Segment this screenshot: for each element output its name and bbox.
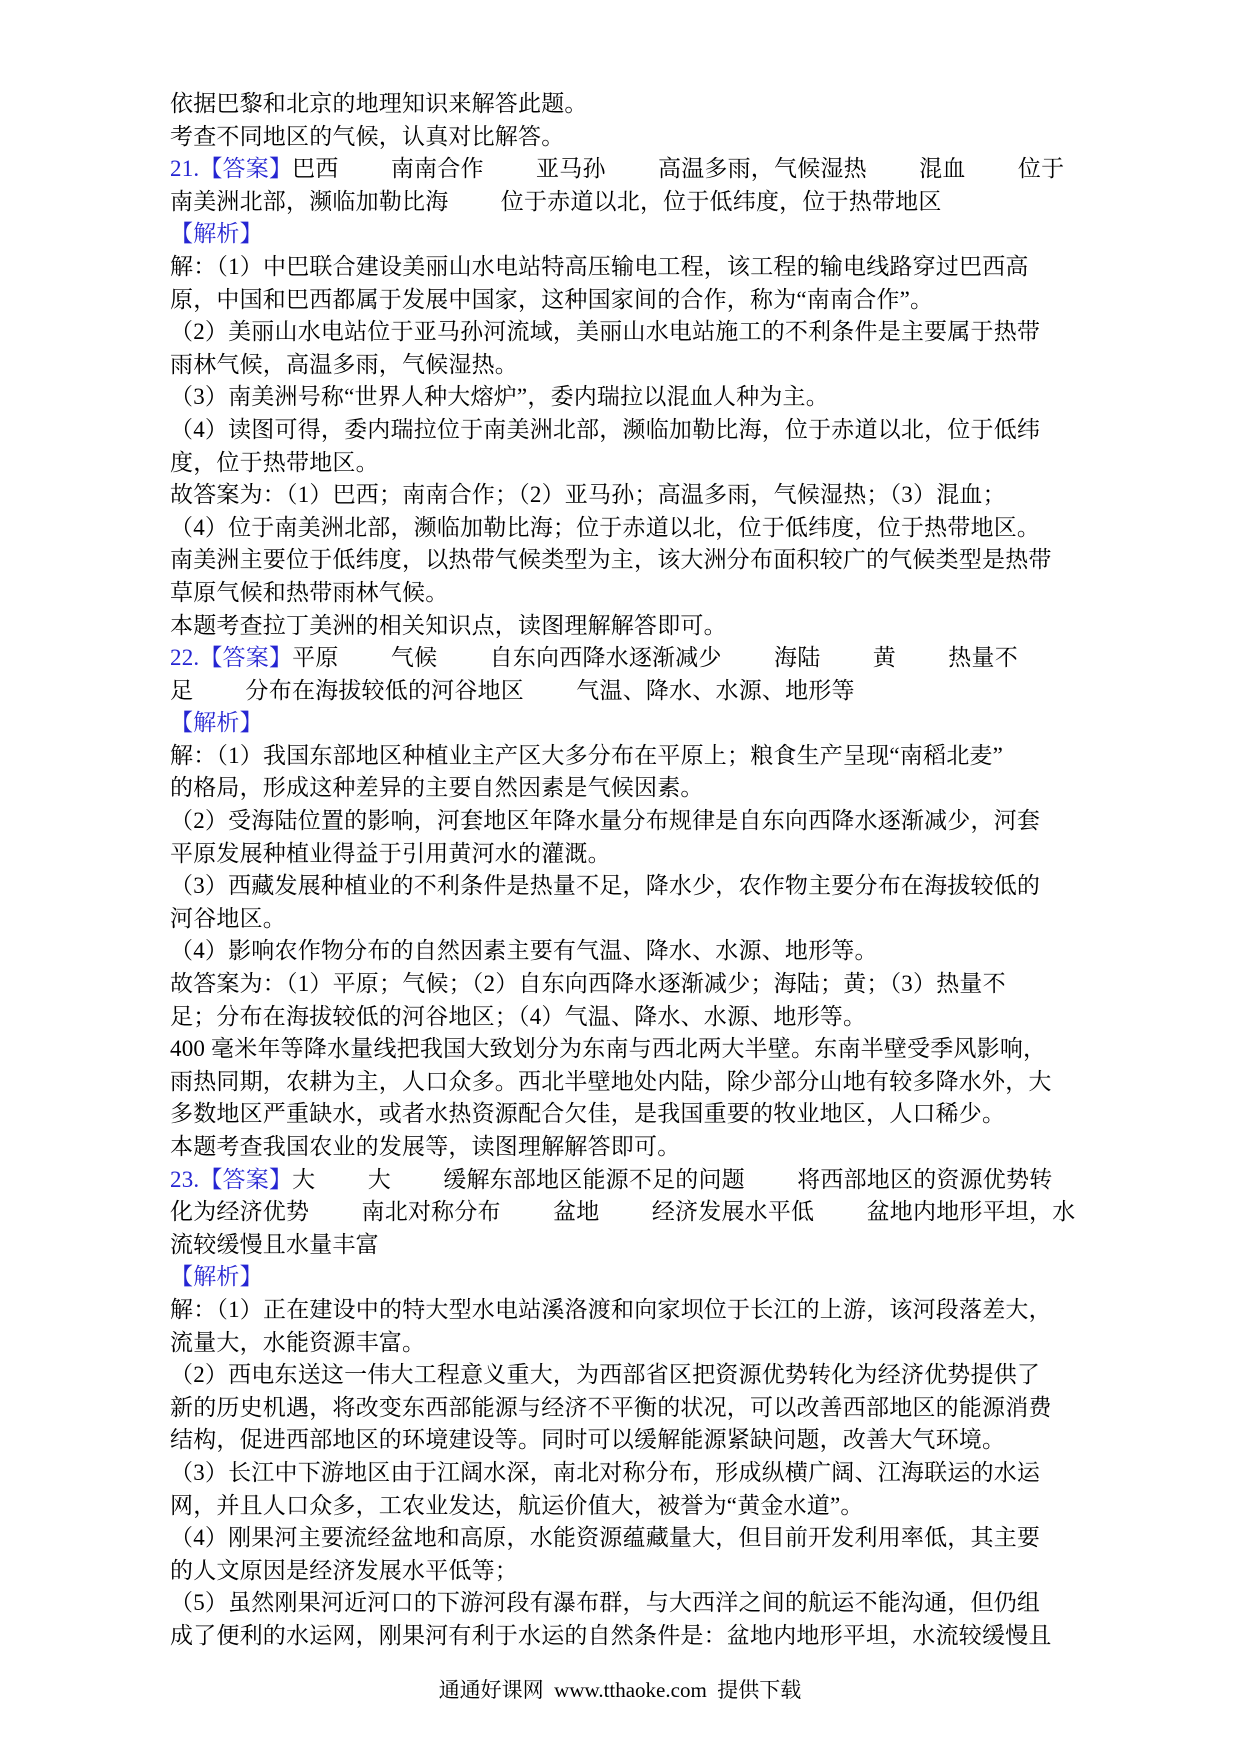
text-run: 故答案为：（1）平原；气候；（2）自东向西降水逐渐减少；海陆；黄；（3）热量不	[170, 971, 1006, 996]
text-line: 的格局，形成这种差异的主要自然因素是气候因素。	[170, 772, 1090, 805]
text-line: 多数地区严重缺水，或者水热资源配合欠佳，是我国重要的牧业地区，人口稀少。	[170, 1098, 1090, 1131]
text-run: 平原 气候 自东向西降水逐渐减少 海陆 黄 热量不	[292, 645, 1018, 670]
text-line: 解：（1）正在建设中的特大型水电站溪洛渡和向家坝位于长江的上游，该河段落差大，	[170, 1294, 1090, 1327]
text-run: 足 分布在海拔较低的河谷地区 气温、降水、水源、地形等	[170, 678, 855, 703]
text-line: 度，位于热带地区。	[170, 447, 1090, 480]
text-run: （2）受海陆位置的影响，河套地区年降水量分布规律是自东向西降水逐渐减少，河套	[170, 808, 1040, 833]
text-line: 网，并且人口众多，工农业发达，航运价值大，被誉为“黄金水道”。	[170, 1490, 1090, 1523]
text-line: 解：（1）我国东部地区种植业主产区大多分布在平原上；粮食生产呈现“南稻北麦”	[170, 740, 1090, 773]
text-line: 本题考查拉丁美洲的相关知识点，读图理解解答即可。	[170, 610, 1090, 643]
text-line: 故答案为：（1）巴西；南南合作；（2）亚马孙；高温多雨，气候湿热；（3）混血；	[170, 479, 1090, 512]
answer-marker: 【解析】	[170, 221, 263, 246]
text-line: 流较缓慢且水量丰富	[170, 1229, 1090, 1262]
text-run: 多数地区严重缺水，或者水热资源配合欠佳，是我国重要的牧业地区，人口稀少。	[170, 1101, 1005, 1126]
text-run: 考查不同地区的气候，认真对比解答。	[170, 124, 564, 149]
text-line: （4）刚果河主要流经盆地和高原，水能资源蕴藏量大，但目前开发利用率低，其主要	[170, 1522, 1090, 1555]
answer-marker: 23.【答案】	[170, 1167, 292, 1192]
text-line: （4）影响农作物分布的自然因素主要有气温、降水、水源、地形等。	[170, 935, 1090, 968]
text-run: 南美洲北部，濒临加勒比海 位于赤道以北，位于低纬度，位于热带地区	[170, 189, 942, 214]
text-line: 原，中国和巴西都属于发展中国家，这种国家间的合作，称为“南南合作”。	[170, 284, 1090, 317]
text-run: （3）西藏发展种植业的不利条件是热量不足，降水少，农作物主要分布在海拔较低的	[170, 873, 1040, 898]
text-line: （4）读图可得，委内瑞拉位于南美洲北部，濒临加勒比海，位于赤道以北，位于低纬	[170, 414, 1090, 447]
text-run: 本题考查我国农业的发展等，读图理解解答即可。	[170, 1134, 680, 1159]
page-footer: 通通好课网 www.tthaoke.com 提供下载	[0, 1674, 1240, 1704]
text-line: 本题考查我国农业的发展等，读图理解解答即可。	[170, 1131, 1090, 1164]
text-line: 足 分布在海拔较低的河谷地区 气温、降水、水源、地形等	[170, 675, 1090, 708]
text-run: 解：（1）正在建设中的特大型水电站溪洛渡和向家坝位于长江的上游，该河段落差大，	[170, 1297, 1052, 1322]
text-run: 流量大，水能资源丰富。	[170, 1330, 425, 1355]
text-run: 化为经济优势 南北对称分布 盆地 经济发展水平低 盆地内地形平坦，水	[170, 1199, 1075, 1224]
text-line: 依据巴黎和北京的地理知识来解答此题。	[170, 88, 1090, 121]
text-run: 成了便利的水运网，刚果河有利于水运的自然条件是：盆地内地形平坦，水流较缓慢且	[170, 1623, 1052, 1648]
text-line: （2）受海陆位置的影响，河套地区年降水量分布规律是自东向西降水逐渐减少，河套	[170, 805, 1090, 838]
text-run: 的人文原因是经济发展水平低等；	[170, 1558, 518, 1583]
text-run: 草原气候和热带雨林气候。	[170, 580, 448, 605]
text-run: 结构，促进西部地区的环境建设等。同时可以缓解能源紧缺问题，改善大气环境。	[170, 1427, 1005, 1452]
text-line: 河谷地区。	[170, 903, 1090, 936]
text-line: 南美洲主要位于低纬度，以热带气候类型为主，该大洲分布面积较广的气候类型是热带	[170, 544, 1090, 577]
text-line: 结构，促进西部地区的环境建设等。同时可以缓解能源紧缺问题，改善大气环境。	[170, 1424, 1090, 1457]
text-run: （5）虽然刚果河近河口的下游河段有瀑布群，与大西洋之间的航运不能沟通，但仍组	[170, 1590, 1040, 1615]
text-run: （3）长江中下游地区由于江阔水深，南北对称分布，形成纵横广阔、江海联运的水运	[170, 1460, 1040, 1485]
text-run: 新的历史机遇，将改变东西部能源与经济不平衡的状况，可以改善西部地区的能源消费	[170, 1395, 1052, 1420]
text-line: 21.【答案】巴西 南南合作 亚马孙 高温多雨，气候湿热 混血 位于	[170, 153, 1090, 186]
text-run: 解：（1）中巴联合建设美丽山水电站特高压输电工程，该工程的输电线路穿过巴西高	[170, 254, 1029, 279]
answer-marker: 22.【答案】	[170, 645, 292, 670]
text-run: （4）影响农作物分布的自然因素主要有气温、降水、水源、地形等。	[170, 938, 878, 963]
text-run: 巴西 南南合作 亚马孙 高温多雨，气候湿热 混血 位于	[292, 156, 1064, 181]
text-run: 南美洲主要位于低纬度，以热带气候类型为主，该大洲分布面积较广的气候类型是热带	[170, 547, 1052, 572]
text-line: （2）西电东送这一伟大工程意义重大，为西部省区把资源优势转化为经济优势提供了	[170, 1359, 1090, 1392]
text-line: 故答案为：（1）平原；气候；（2）自东向西降水逐渐减少；海陆；黄；（3）热量不	[170, 968, 1090, 1001]
text-run: （2）美丽山水电站位于亚马孙河流域，美丽山水电站施工的不利条件是主要属于热带	[170, 319, 1040, 344]
document-lines: 依据巴黎和北京的地理知识来解答此题。考查不同地区的气候，认真对比解答。21.【答…	[170, 88, 1090, 1653]
text-line: （3）南美洲号称“世界人种大熔炉”，委内瑞拉以混血人种为主。	[170, 381, 1090, 414]
text-line: 雨热同期，农耕为主，人口众多。西北半壁地处内陆，除少部分山地有较多降水外，大	[170, 1066, 1090, 1099]
text-line: 的人文原因是经济发展水平低等；	[170, 1555, 1090, 1588]
answer-marker: 21.【答案】	[170, 156, 292, 181]
text-line: 南美洲北部，濒临加勒比海 位于赤道以北，位于低纬度，位于热带地区	[170, 186, 1090, 219]
text-run: 雨热同期，农耕为主，人口众多。西北半壁地处内陆，除少部分山地有较多降水外，大	[170, 1069, 1052, 1094]
answer-marker: 【解析】	[170, 1264, 263, 1289]
text-line: 400 毫米年等降水量线把我国大致划分为东南与西北两大半壁。东南半壁受季风影响，	[170, 1033, 1090, 1066]
text-run: （4）位于南美洲北部，濒临加勒比海；位于赤道以北，位于低纬度，位于热带地区。	[170, 515, 1040, 540]
text-line: 【解析】	[170, 1261, 1090, 1294]
text-line: 考查不同地区的气候，认真对比解答。	[170, 121, 1090, 154]
text-line: （4）位于南美洲北部，濒临加勒比海；位于赤道以北，位于低纬度，位于热带地区。	[170, 512, 1090, 545]
text-line: 22.【答案】平原 气候 自东向西降水逐渐减少 海陆 黄 热量不	[170, 642, 1090, 675]
text-line: （3）长江中下游地区由于江阔水深，南北对称分布，形成纵横广阔、江海联运的水运	[170, 1457, 1090, 1490]
answer-marker: 【解析】	[170, 710, 263, 735]
text-run: 解：（1）我国东部地区种植业主产区大多分布在平原上；粮食生产呈现“南稻北麦”	[170, 743, 1003, 768]
text-line: 足；分布在海拔较低的河谷地区；（4）气温、降水、水源、地形等。	[170, 1001, 1090, 1034]
text-line: 【解析】	[170, 707, 1090, 740]
text-run: 400 毫米年等降水量线把我国大致划分为东南与西北两大半壁。东南半壁受季风影响，	[170, 1036, 1046, 1061]
document-page: 依据巴黎和北京的地理知识来解答此题。考查不同地区的气候，认真对比解答。21.【答…	[0, 0, 1240, 1754]
text-line: 草原气候和热带雨林气候。	[170, 577, 1090, 610]
text-line: （3）西藏发展种植业的不利条件是热量不足，降水少，农作物主要分布在海拔较低的	[170, 870, 1090, 903]
text-line: 新的历史机遇，将改变东西部能源与经济不平衡的状况，可以改善西部地区的能源消费	[170, 1392, 1090, 1425]
text-run: （4）读图可得，委内瑞拉位于南美洲北部，濒临加勒比海，位于赤道以北，位于低纬	[170, 417, 1040, 442]
text-line: 流量大，水能资源丰富。	[170, 1327, 1090, 1360]
text-line: 雨林气候，高温多雨，气候湿热。	[170, 349, 1090, 382]
text-run: 足；分布在海拔较低的河谷地区；（4）气温、降水、水源、地形等。	[170, 1004, 866, 1029]
text-run: （3）南美洲号称“世界人种大熔炉”，委内瑞拉以混血人种为主。	[170, 384, 829, 409]
text-run: 河谷地区。	[170, 906, 286, 931]
text-run: 原，中国和巴西都属于发展中国家，这种国家间的合作，称为“南南合作”。	[170, 287, 933, 312]
text-line: 【解析】	[170, 218, 1090, 251]
text-line: 平原发展种植业得益于引用黄河水的灌溉。	[170, 838, 1090, 871]
text-run: （2）西电东送这一伟大工程意义重大，为西部省区把资源优势转化为经济优势提供了	[170, 1362, 1040, 1387]
text-line: 23.【答案】大 大 缓解东部地区能源不足的问题 将西部地区的资源优势转	[170, 1164, 1090, 1197]
text-run: 依据巴黎和北京的地理知识来解答此题。	[170, 91, 588, 116]
text-run: 流较缓慢且水量丰富	[170, 1232, 379, 1257]
text-line: （5）虽然刚果河近河口的下游河段有瀑布群，与大西洋之间的航运不能沟通，但仍组	[170, 1587, 1090, 1620]
text-line: 成了便利的水运网，刚果河有利于水运的自然条件是：盆地内地形平坦，水流较缓慢且	[170, 1620, 1090, 1653]
text-run: 平原发展种植业得益于引用黄河水的灌溉。	[170, 841, 611, 866]
text-run: 大 大 缓解东部地区能源不足的问题 将西部地区的资源优势转	[292, 1167, 1052, 1192]
text-run: 的格局，形成这种差异的主要自然因素是气候因素。	[170, 775, 704, 800]
text-run: （4）刚果河主要流经盆地和高原，水能资源蕴藏量大，但目前开发利用率低，其主要	[170, 1525, 1040, 1550]
text-line: 化为经济优势 南北对称分布 盆地 经济发展水平低 盆地内地形平坦，水	[170, 1196, 1090, 1229]
text-run: 度，位于热带地区。	[170, 450, 379, 475]
text-line: 解：（1）中巴联合建设美丽山水电站特高压输电工程，该工程的输电线路穿过巴西高	[170, 251, 1090, 284]
text-line: （2）美丽山水电站位于亚马孙河流域，美丽山水电站施工的不利条件是主要属于热带	[170, 316, 1090, 349]
text-run: 本题考查拉丁美洲的相关知识点，读图理解解答即可。	[170, 613, 727, 638]
text-run: 网，并且人口众多，工农业发达，航运价值大，被誉为“黄金水道”。	[170, 1493, 864, 1518]
text-run: 雨林气候，高温多雨，气候湿热。	[170, 352, 518, 377]
text-run: 故答案为：（1）巴西；南南合作；（2）亚马孙；高温多雨，气候湿热；（3）混血；	[170, 482, 1006, 507]
